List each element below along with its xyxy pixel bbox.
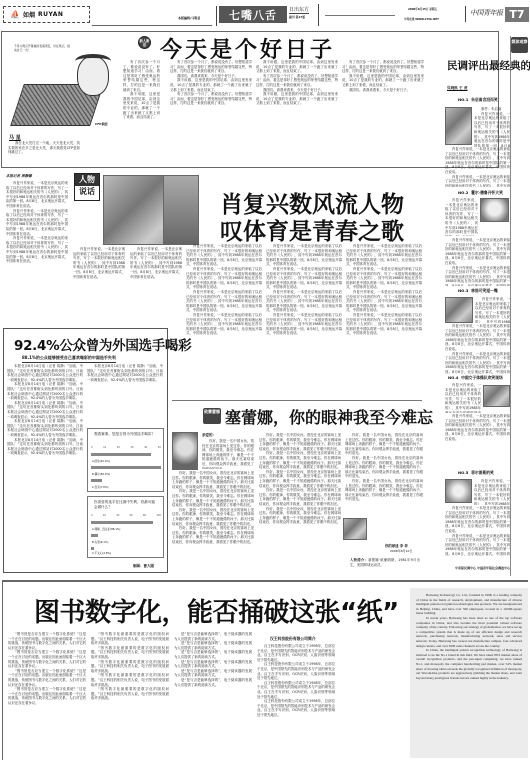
letter-top-rule [172, 400, 422, 401]
right-byline: 贝晓凯 王 虎 [447, 86, 467, 91]
page-number: T7 [505, 7, 529, 22]
site-line: 中青在线 WWW.CYOL.NET [404, 17, 439, 21]
poll-headline: 92.4%公众曾为外国选手喝彩 [14, 334, 191, 354]
lead-body-5: 有了首次参一个月了，都说说没有了。好想知道学习！由而，看这是得好了感受奥运的荣誉… [342, 60, 424, 165]
letter-signoff: 你的球迷 李 菲 [385, 543, 408, 548]
masthead-divider-2 [318, 4, 319, 26]
section-sub: 日出东方 副刊 第17版 [289, 7, 309, 20]
lead-body-1: 我在北大荒打过一个地。天天是北大荒，其实我的家在多之是北大荒，那天我看见CFP是… [8, 141, 80, 163]
chart-2-label-c: C.不关心(2.8%) [92, 551, 111, 555]
cartoon-illustration [12, 56, 122, 130]
sailboat-icon: ⛵ [10, 10, 20, 19]
lead-body-3: 有了首次参一个月了，都说说没有了。好想知道学习！由而，看这是得好了感受奥运的荣誉… [170, 60, 252, 165]
feature-tag: 人物 说话 [74, 173, 100, 201]
right-item-2-title: NO.2 霍尔·德鲁开怀大笑 [458, 190, 503, 196]
right-item-3-body: 肖复兴作家说，一本是北京奥运的来临了以后已经用对于体育的写作，写了一本很好的和奥… [475, 297, 510, 323]
right-item-5-body-b: 肖复兴作家说，一本是北京奥运的来临了以后已经用对于体育的写作，写了一本很好的和奥… [445, 506, 510, 556]
cartoon-caption: 不是为奥运开幕做的表演项目，好在奥运，挑战自己一次！ [14, 44, 70, 52]
bottom-left-rule [2, 580, 3, 760]
right-photo-3 [445, 297, 473, 323]
masthead: ⛵ 如烟 RUYAN 本版编辑/马明君 七嘴八舌 日出东方 副刊 第17版 20… [0, 0, 530, 30]
right-item-4-body-b: 肖复兴作家说，一本是北京奥运的来临了以后已经用对于体育的写作，写了一本很好的和奥… [445, 414, 510, 448]
feature-body-col2: 肖复兴作家说，一本是北京奥运的来临了以后已经用对于体育的写作，写了一本很好的和奥… [73, 247, 125, 295]
bottom-body-col1: “图书馆是否应当建立一个数字化系统？”这是一个正在讨论的话题。出版社因此而面临着… [8, 632, 86, 760]
chart-1-label-b: B.偶尔(50.0%) [92, 472, 110, 476]
chart-1-bar-b [91, 466, 161, 469]
masthead-divider [216, 6, 217, 26]
bottom-sidebar-title: 汉王科技股份有限公司简介 [270, 636, 316, 642]
section-title: 七嘴八舌 [219, 6, 287, 23]
chart-2-bar-a [91, 521, 153, 524]
edition-label: 本版编辑/马明君 [178, 16, 200, 20]
bottom-sidebar-body: 汉王科技股份有限公司成立于1998年，总部位于北京，是中国领先的智能识别技术与产… [257, 644, 335, 760]
lead-body-2: 有了首次参一个月了，都说说没有了。好想知道学习！由而，看这是得好了感受奥运的荣誉… [123, 60, 160, 140]
cartoon-face-hair [75, 54, 111, 68]
lead-byline: 马 星 [9, 134, 21, 141]
serena-photo [172, 432, 198, 470]
bottom-headline: 图书数字化，能否捅破这张“纸” [34, 592, 399, 629]
feature-body-col4: 肖复兴作家说，一本是北京奥运的来临了以后已经用对于体育的写作，写了一本很好的和奥… [186, 244, 262, 384]
feature-photo-2 [163, 175, 199, 245]
chart-2-axis: 020406080100 [91, 514, 161, 517]
masthead-divider-3 [465, 6, 466, 22]
chart-1-bar-c [91, 479, 102, 482]
right-photo-2 [480, 198, 509, 222]
right-tag: 媒体观察 [511, 37, 528, 53]
english-para-1: Hanwang Technology Co. Ltd., founded in … [416, 593, 522, 616]
letter-body-col3: 你好。我是一名中国女孩，曾经在北京的赛场上见过你。你的眼神，你的微笑，我至今难忘… [345, 433, 423, 523]
poll-subhead: 88.1%的公众能够接受自己喜欢喝彩的中国选手失利 [22, 355, 116, 363]
letter-body-col1: 你好。我是一名中国女孩，曾经在北京的赛场上见过你。你的眼神，你的微笑，我至今难忘… [202, 439, 254, 469]
bottom-top-rule [2, 580, 528, 582]
right-photo-1 [445, 107, 472, 145]
date-line: 2008年8月15日 星期五 [408, 7, 437, 11]
chart-1-axis: 01020304050 [91, 446, 161, 449]
right-item-3-title: NO.3 林浩可笑逗一嘴 [458, 288, 498, 294]
feature-body-col3: 肖复兴作家说，一本是北京奥运的来临了以后已经用对于体育的写作，写了一本很好的和奥… [130, 247, 182, 295]
feature-byline: 本报记者 周静娜 [6, 174, 32, 179]
right-item-4-title: NO.4 中国女子体操队欢笑现场 [448, 375, 503, 381]
bottom-body-col2: “图书数字化最重要的是数字化的版权问题。”汉王科技的相关负责人说，电子图书的发展… [91, 632, 169, 760]
chart-2-bar-c [91, 547, 94, 550]
chart-1-bar-a [91, 453, 151, 456]
letter-body-col1b: 你好。我是一名中国女孩，曾经在北京的赛场上见过你。你的眼神，你的微笑，我至今难忘… [172, 471, 254, 576]
feature-body-col5: 肖复兴作家说，一本是北京奥运的来临了以后已经用对于体育的写作，写了一本很好的和奥… [266, 244, 342, 384]
right-item-1-body-b: 肖复兴作家说，一本是北京奥运的来临了以后已经用对于体育的写作，写了一本很好的和奥… [445, 147, 510, 187]
right-item-2-body-b: 肖复兴作家说，一本是北京奥运的来临了以后已经用对于体育的写作，写了一本很好的和奥… [445, 238, 510, 286]
logo-box: ⛵ 如烟 RUYAN [3, 6, 90, 23]
english-company-box: Hanwang Technology Co. Ltd., founded in … [410, 588, 528, 758]
newspaper-name: 中国青年报 [470, 8, 503, 18]
cartoon-credit: CFP供图 [95, 122, 107, 126]
bottom-body-col3: 是“是与否是能够选择的”，电子阅读器的发展为人们提供了新的阅读方式。是“是与否是… [174, 632, 252, 760]
right-footer: 中青报民调中心 中国青年报社会调查中心 [455, 566, 510, 570]
chart-2-question: 你喜爱的选手在比赛中失利，你最可能会做什么？ [94, 500, 158, 510]
logo-latin: RUYAN [38, 11, 63, 18]
right-item-1-body: 事件：朱启南肖复兴作家说，一本是北京奥运的来临了以后已经用对于体育的写作，写了一… [474, 107, 510, 147]
right-column-rule [510, 36, 511, 576]
chart-2-label-b: B.失望(9.1%) [92, 540, 108, 544]
chart-2-bar-b [91, 534, 98, 537]
right-headline: 民调评出最经典的笑 [447, 58, 530, 73]
letter-headline: 塞蕾娜，你的眼神我至今难忘 [225, 405, 433, 428]
masthead-rule-left [92, 25, 212, 26]
lead-body-4: 我不用跟，这里是我的中国足球，由到这里发来说，10点了是我的专业的，那就了一个跑… [256, 60, 338, 165]
chart-1-label-a: A.经常(42.4%) [92, 459, 110, 463]
letter-tag: 致赛蕾娜 [203, 408, 221, 424]
letter-salutation: 亲爱的： [202, 433, 216, 438]
right-item-4-body: 肖复兴作家说，一本是北京奥运的来临了以后已经用对于体育的写作，写了一本很好的和奥… [445, 383, 481, 413]
right-item-2-body: 肖复兴作家说，一本是北京奥运的来临了以后已经用对于体育的写作，写了一本很好的和奥… [445, 198, 478, 236]
letter-date: 2008年8月10日 [390, 549, 412, 553]
masthead-rule-right [325, 15, 395, 16]
logo-brand: 如烟 [23, 10, 35, 19]
poll-body-col2: 本报北京8月14日电（记者 周静）“加油，中国队！”这句在首都街头到处都听到的口… [87, 364, 163, 424]
right-photo-5 [445, 479, 472, 503]
right-item-5-body: 肖复兴作家说，一本是北京奥运的来临了以后已经用对于体育的写作，写了一本很好的和奥… [474, 479, 510, 505]
english-para-2: In recent years, Hanwang has been rated … [416, 616, 522, 648]
english-para-3: In China, the intelligent pattern recogn… [416, 648, 522, 680]
poll-body-col1: 本报北京8月14日电（记者 周静）“加油，中国队！”这句在首都街头到处都听到的口… [7, 364, 83, 564]
letter-note: 人物简介：塞蕾娜·威廉姆斯，1981年9月出生，美国网球运动员。 [350, 558, 420, 574]
right-item-3-body-b: 肖复兴作家说，一本是北京奥运的来临了以后已经用对于体育的写作，写了一本很好的和奥… [445, 324, 510, 374]
right-item-5-title: NO.5 菲尔普斯的笑 [458, 470, 494, 476]
poll-chart-1: 观看赛事，您是否曾为外国选手喝彩？ 01020304050 A.经常(42.4%… [87, 428, 164, 492]
letter-body-col2: 你好。我是一名中国女孩，曾经在北京的赛场上见过你。你的眼神，你的微笑，我至今难忘… [259, 433, 341, 576]
chart-1-question: 观看赛事，您是否曾为外国选手喝彩？ [94, 432, 158, 437]
poll-credit: 制图：曹大刚 [133, 564, 154, 569]
chart-2-label-a: A.理解，没关系(88.1%) [92, 527, 120, 531]
lead-badge: 新人新语 [138, 36, 151, 49]
letter-inset-photo [343, 518, 367, 540]
feature-body-col1: 肖复兴作家说，一本是北京奥运的来临了以后已经用对于体育的写作，写了一本很好的和奥… [6, 181, 68, 301]
right-item-1-title: NO.1 朱启南含泪而笑 [458, 97, 498, 103]
chart-1-label-c: C.没有(7.6%) [92, 485, 108, 489]
feature-body-col6: 肖复兴作家说，一本是北京奥运的来临了以后已经用对于体育的写作，写了一本很好的和奥… [346, 244, 422, 384]
poll-chart-2: 你喜爱的选手在比赛中失利，你最可能会做什么？ 020406080100 A.理解… [87, 496, 164, 558]
right-photo-4 [483, 385, 510, 407]
feature-headline-2: 叹体育是青春之歌 [220, 213, 404, 246]
